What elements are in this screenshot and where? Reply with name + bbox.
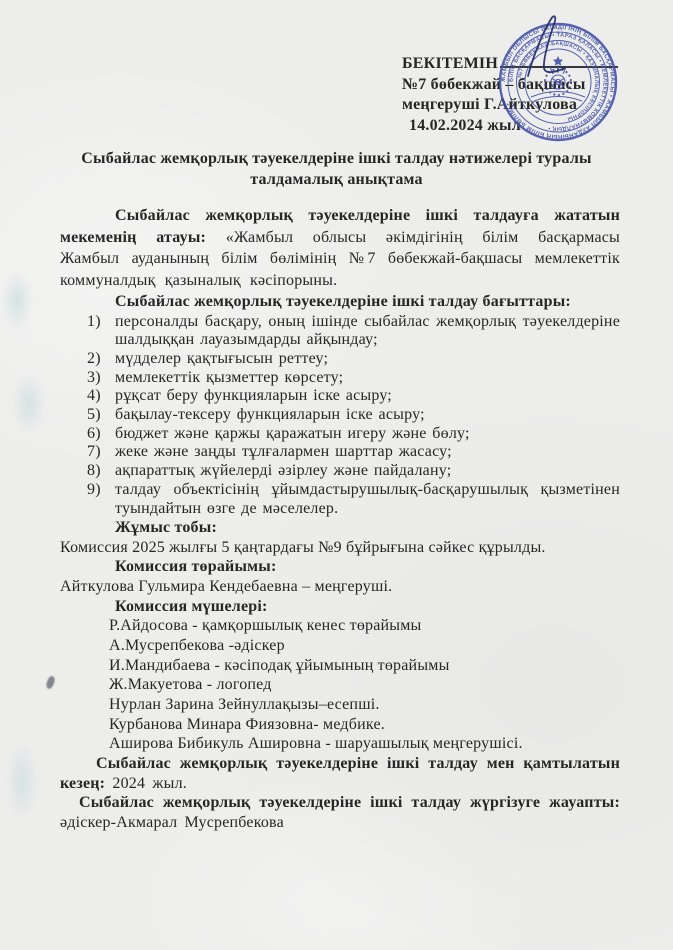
responsible-lead: Сыбайлас жемқорлық тәуекелдеріне ішкі та… <box>79 794 620 811</box>
direction-item: 9)талдау объектісінің ұйымдастырушылық-б… <box>60 481 620 518</box>
item-number: 6) <box>87 425 101 444</box>
item-text: бюджет және қаржы қаражатын игеру және б… <box>115 425 470 442</box>
member-line: Аширова Бибикуль Ашировна - шаруашылық м… <box>109 734 620 754</box>
item-number: 7) <box>87 443 101 462</box>
item-number: 1) <box>87 313 101 332</box>
member-line: Р.Айдосова - қамқоршылық кенес төрайымы <box>109 616 620 636</box>
item-number: 3) <box>87 369 101 388</box>
commission-line: Комиссия 2025 жылғы 5 қаңтардағы №9 бұйр… <box>60 538 620 558</box>
chair-line: Айткулова Гульмира Кендебаевна – меңгеру… <box>60 577 620 597</box>
item-text: персоналды басқару, оның ішінде сыбайлас… <box>115 313 620 349</box>
item-number: 4) <box>87 387 101 406</box>
item-number: 9) <box>87 481 101 500</box>
chair-heading: Комиссия төрайымы: <box>60 557 620 577</box>
approval-label: БЕКІТЕМІН <box>402 55 498 72</box>
scanned-document-page: БЕКІТЕМІН №7 бөбекжай – бақшасы меңгеруш… <box>0 0 673 950</box>
period-paragraph: Сыбайлас жемқорлық тәуекелдеріне ішкі та… <box>60 754 620 793</box>
title-line-1: Сыбайлас жемқорлық тәуекелдеріне ішкі та… <box>0 149 673 170</box>
work-group-heading: Жұмыс тобы: <box>60 518 620 538</box>
item-text: мүдделер қақтығысын реттеу; <box>115 350 328 367</box>
member-line: И.Мандибаева - кәсіподақ ұйымының төрайы… <box>109 656 620 676</box>
document-title: Сыбайлас жемқорлық тәуекелдеріне ішкі та… <box>0 149 673 190</box>
direction-item: 2)мүдделер қақтығысын реттеу; <box>60 350 620 369</box>
member-line: Курбанова Минара Фиязовна- медбике. <box>109 715 620 735</box>
direction-item: 8)ақпараттық жүйелерді әзірлеу және пайд… <box>60 462 620 481</box>
directions-heading: Сыбайлас жемқорлық тәуекелдеріне ішкі та… <box>60 291 620 313</box>
members-list: Р.Айдосова - қамқоршылық кенес төрайымы … <box>60 616 620 754</box>
members-heading: Комиссия мүшелері: <box>60 597 620 617</box>
item-text: рұқсат беру функцияларын іске асыру; <box>115 387 392 404</box>
signature-stroke <box>505 8 585 88</box>
title-line-2: талдамалық анықтама <box>0 170 673 191</box>
item-number: 5) <box>87 406 101 425</box>
direction-item: 3)мемлекеттік қызметтер көрсету; <box>60 369 620 388</box>
document-body: Сыбайлас жемқорлық тәуекелдеріне ішкі та… <box>60 205 620 833</box>
direction-item: 4)рұқсат беру функцияларын іске асыру; <box>60 387 620 406</box>
responsible-text: әдіскер-Акмарал Мусрепбекова <box>60 814 284 831</box>
directions-list: 1)персоналды басқару, оның ішінде сыбайл… <box>60 313 620 519</box>
direction-item: 5)бақылау-тексеру функцияларын іске асыр… <box>60 406 620 425</box>
responsible-paragraph: Сыбайлас жемқорлық тәуекелдеріне ішкі та… <box>60 793 620 832</box>
direction-item: 1)персоналды басқару, оның ішінде сыбайл… <box>60 313 620 350</box>
scan-speck <box>45 675 56 690</box>
scan-smudge <box>12 372 46 434</box>
member-line: А.Мусрепбекова -әдіскер <box>109 636 620 656</box>
item-number: 2) <box>87 350 101 369</box>
period-text: 2024 жыл. <box>112 775 187 792</box>
member-line: Ж.Макуетова - логопед <box>109 675 620 695</box>
item-text: мемлекеттік қызметтер көрсету; <box>115 369 343 386</box>
intro-paragraph: Сыбайлас жемқорлық тәуекелдеріне ішкі та… <box>60 205 620 291</box>
item-number: 8) <box>87 462 101 481</box>
direction-item: 7)жеке және заңды тұлғалармен шарттар жа… <box>60 443 620 462</box>
item-text: ақпараттық жүйелерді әзірлеу және пайдал… <box>115 462 451 479</box>
scan-smudge <box>6 742 38 820</box>
direction-item: 6)бюджет және қаржы қаражатын игеру және… <box>60 425 620 444</box>
scan-smudge <box>2 272 32 330</box>
item-text: бақылау-тексеру функцияларын іске асыру; <box>115 406 425 423</box>
item-text: талдау объектісінің ұйымдастырушылық-бас… <box>115 481 620 517</box>
item-text: жеке және заңды тұлғалармен шарттар жаса… <box>115 443 452 460</box>
member-line: Нурлан Зарина Зейнуллақызы–есепші. <box>109 695 620 715</box>
